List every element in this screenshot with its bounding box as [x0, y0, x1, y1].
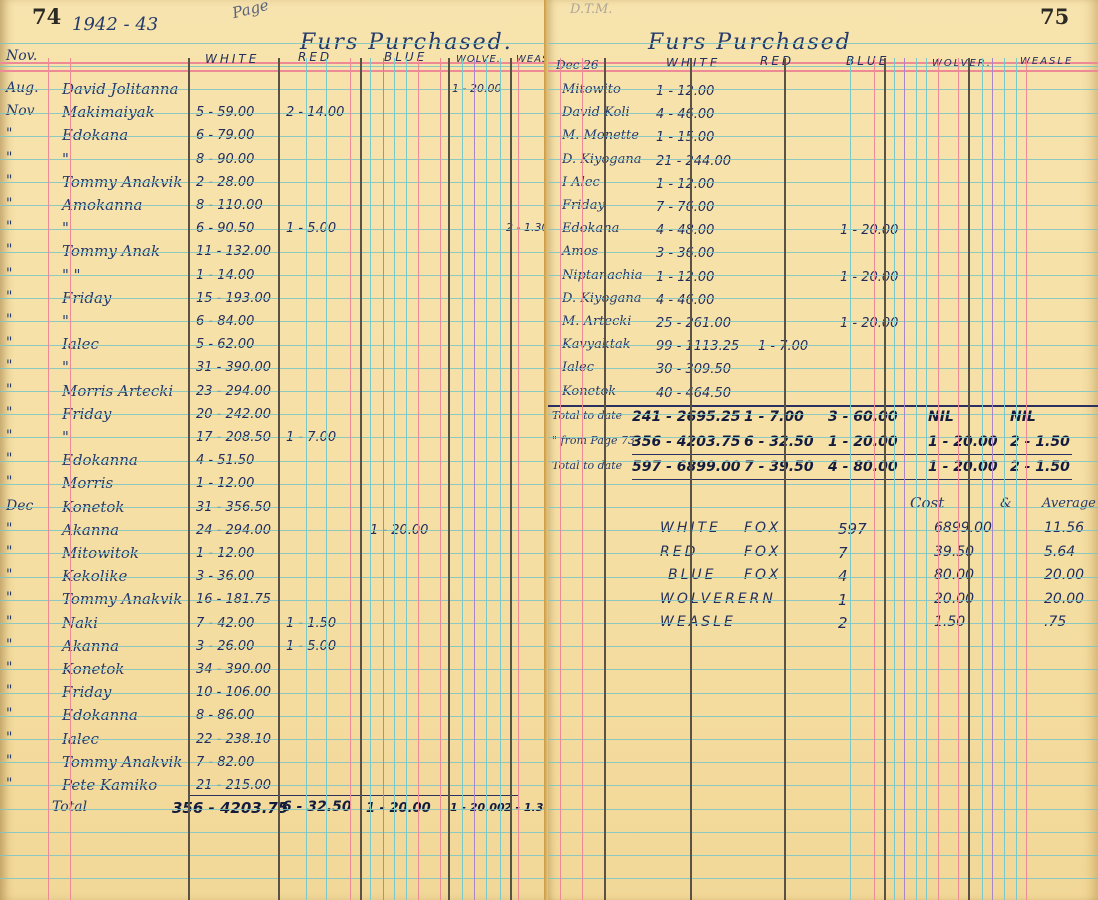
ruled-line — [0, 113, 548, 114]
ruled-line — [0, 275, 548, 276]
white-fox-amount: 4 - 46.00 — [656, 107, 714, 122]
summary-header-amp: & — [1000, 496, 1012, 511]
blue-fox-amount: 1 - 20.00 — [840, 270, 898, 285]
column-rule — [326, 58, 327, 900]
column-rule — [894, 58, 895, 900]
column-rule — [370, 58, 371, 900]
total-underline — [188, 795, 518, 796]
column-rule — [462, 58, 463, 900]
entry-date: " — [6, 544, 12, 560]
summary-fur: BLUE — [668, 567, 717, 583]
column-rule — [188, 58, 190, 900]
column-rule — [604, 58, 606, 900]
entry-date: " — [6, 660, 12, 676]
totals-red: 1 - 7.00 — [744, 409, 804, 425]
column-header-date: Dec 26 — [556, 58, 599, 72]
ruled-line — [0, 252, 548, 253]
ruled-line — [0, 577, 548, 578]
column-rule — [486, 58, 487, 900]
entry-date: " — [6, 428, 12, 444]
ruled-line — [0, 414, 548, 415]
entry-date: " — [6, 474, 12, 490]
ruled-line — [0, 832, 548, 833]
ruled-line — [0, 623, 548, 624]
white-fox-amount: 4 - 46.00 — [656, 293, 714, 308]
summary-kind: FOX — [744, 520, 781, 536]
ruled-line — [0, 739, 548, 740]
column-header-white: WHITE — [205, 52, 259, 66]
ruled-line — [0, 809, 548, 810]
column-rule — [518, 58, 519, 900]
ruled-line — [0, 391, 548, 392]
column-header-red: RED — [298, 50, 332, 64]
column-rule — [306, 58, 307, 900]
ruled-line — [0, 461, 548, 462]
blue-fox-amount: 1 - 20.00 — [840, 316, 898, 331]
column-rule — [884, 58, 886, 900]
total-wolverine: 1 - 20.00 — [450, 801, 505, 814]
totals-weasel: NIL — [1010, 409, 1036, 425]
entry-date: " — [6, 521, 12, 537]
white-fox-amount: 1 - 12.00 — [656, 270, 714, 285]
entry-date: " — [6, 312, 12, 328]
column-rule — [394, 58, 395, 900]
white-fox-amount: 4 - 48.00 — [656, 223, 714, 238]
column-rule — [904, 58, 905, 900]
ruled-line — [0, 298, 548, 299]
summary-kind: FOX — [744, 544, 781, 560]
blue-fox-amount: 1 - 20.00 — [840, 223, 898, 238]
ruled-line — [0, 345, 548, 346]
column-rule — [582, 58, 583, 900]
totals-underline — [632, 479, 1072, 480]
column-rule — [70, 58, 71, 900]
ruled-line — [0, 716, 548, 717]
column-header-date: Nov. — [6, 48, 37, 64]
ruled-line — [0, 136, 548, 137]
summary-average: 11.56 — [1044, 520, 1084, 536]
column-rule — [784, 58, 786, 900]
ledger-spread: 74 1942 - 43 Page Furs Purchased. Nov. W… — [0, 0, 1098, 900]
column-rule — [1016, 58, 1017, 900]
column-rule — [1004, 58, 1005, 900]
ruled-line — [0, 182, 548, 183]
ruled-line — [0, 669, 548, 670]
column-rule — [500, 58, 501, 900]
column-rule — [406, 58, 407, 900]
column-rule — [510, 58, 512, 900]
column-rule — [958, 58, 959, 900]
ruled-line — [0, 553, 548, 554]
summary-kind: FOX — [744, 567, 781, 583]
ruled-line — [0, 159, 548, 160]
column-rule — [350, 58, 351, 900]
white-fox-amount: 1 - 12.00 — [656, 84, 714, 99]
column-rule — [48, 58, 49, 900]
column-rule — [992, 58, 993, 900]
ruled-line — [0, 321, 548, 322]
ruled-line — [0, 205, 548, 206]
entry-date: " — [6, 382, 12, 398]
totals-underline — [632, 454, 1072, 455]
white-fox-amount: 1 - 12.00 — [656, 177, 714, 192]
entry-date: " — [6, 730, 12, 746]
entry-date: " — [6, 637, 12, 653]
ruled-line — [0, 368, 548, 369]
weasel-amount: 2 - 1.30 — [506, 221, 548, 234]
page-number: 75 — [1040, 4, 1069, 29]
ruled-line — [0, 507, 548, 508]
pencil-note: D.T.M. — [570, 2, 612, 17]
entry-date: Nov — [6, 103, 35, 119]
ruled-line — [0, 855, 548, 856]
column-header-white: WHITE — [666, 56, 720, 70]
white-fox-amount: 3 - 36.00 — [656, 246, 714, 261]
column-rule — [874, 58, 875, 900]
column-rule — [690, 58, 692, 900]
ruled-line — [0, 600, 548, 601]
ruled-line — [0, 437, 548, 438]
column-rule — [474, 58, 475, 900]
column-rule — [418, 58, 419, 900]
column-rule — [926, 58, 927, 900]
white-fox-amount: 21 - 244.00 — [656, 154, 731, 169]
entry-date: " — [6, 150, 12, 166]
ruled-line — [548, 43, 1098, 44]
column-rule — [383, 58, 384, 900]
summary-count: 597 — [838, 520, 867, 538]
ruled-line — [0, 66, 548, 67]
white-fox-amount: 25 - 261.00 — [656, 316, 731, 331]
entry-date: " — [6, 196, 12, 212]
ruled-line — [0, 878, 548, 879]
entry-date: " — [6, 289, 12, 305]
page-number: 74 — [32, 4, 61, 29]
column-rule — [938, 58, 939, 900]
entry-date: " — [6, 173, 12, 189]
ruled-line — [0, 229, 548, 230]
white-fox-amount: 99 - 1113.25 — [656, 339, 739, 354]
entry-date: " — [6, 683, 12, 699]
ruled-line — [0, 89, 548, 90]
totals-label: " from Page 73 — [552, 434, 635, 447]
entry-date: " — [6, 451, 12, 467]
column-rule — [1026, 58, 1027, 900]
ruled-line — [0, 646, 548, 647]
white-fox-amount: 30 - 309.50 — [656, 362, 731, 377]
summary-header-average: Average — [1042, 496, 1096, 511]
summary-average: 5.64 — [1044, 544, 1075, 560]
column-rule — [360, 58, 362, 900]
ruled-line — [0, 484, 548, 485]
left-page: 74 1942 - 43 Page Furs Purchased. Nov. W… — [0, 0, 548, 900]
right-page: D.T.M. 75 Furs Purchased Dec 26 WHITE RE… — [548, 0, 1098, 900]
totals-white: 241 - 2695.25 — [632, 409, 741, 425]
white-fox-amount: 1 - 15.00 — [656, 130, 714, 145]
entry-date: " — [6, 567, 12, 583]
column-rule — [968, 58, 970, 900]
totals-label: Total to date — [552, 409, 622, 422]
entry-date: Dec — [6, 498, 33, 514]
summary-fur: WOLVERERN — [660, 591, 776, 607]
entry-date: " — [6, 614, 12, 630]
summary-cost: 6899.00 — [934, 520, 992, 536]
column-rule — [850, 58, 851, 900]
entry-date: " — [6, 590, 12, 606]
fiscal-year: 1942 - 43 — [72, 14, 158, 35]
entry-date: " — [6, 242, 12, 258]
column-rule — [278, 58, 280, 900]
summary-count: 4 — [838, 567, 848, 585]
entry-date: Aug. — [6, 80, 39, 96]
ruled-line — [0, 785, 548, 786]
entry-date: " — [6, 753, 12, 769]
column-rule — [916, 58, 917, 900]
entry-date: " — [6, 706, 12, 722]
column-rule — [448, 58, 450, 900]
ruled-line — [0, 762, 548, 763]
white-fox-amount: 7 - 76.00 — [656, 200, 714, 215]
entry-date: " — [6, 266, 12, 282]
totals-blue: 3 - 60.00 — [828, 409, 898, 425]
summary-average: .75 — [1044, 614, 1066, 630]
entry-date: " — [6, 126, 12, 142]
ruled-line — [0, 530, 548, 531]
entry-date: " — [6, 219, 12, 235]
totals-wolverine: NIL — [928, 409, 954, 425]
column-rule — [440, 58, 441, 900]
summary-average: 20.00 — [1044, 591, 1084, 607]
ruled-line — [0, 43, 548, 44]
pencil-note: Page — [230, 0, 270, 22]
entry-date: " — [6, 335, 12, 351]
total-red: 6 - 32.50 — [282, 799, 352, 815]
column-rule — [982, 58, 983, 900]
white-fox-amount: 40 - 464.50 — [656, 386, 731, 401]
entry-date: " — [6, 405, 12, 421]
column-rule — [560, 58, 561, 900]
entry-date: " — [6, 776, 12, 792]
summary-fur: WEASLE — [660, 614, 736, 630]
entry-date: " — [6, 358, 12, 374]
summary-average: 20.00 — [1044, 567, 1084, 583]
summary-fur: RED — [660, 544, 698, 560]
ruled-line — [0, 693, 548, 694]
